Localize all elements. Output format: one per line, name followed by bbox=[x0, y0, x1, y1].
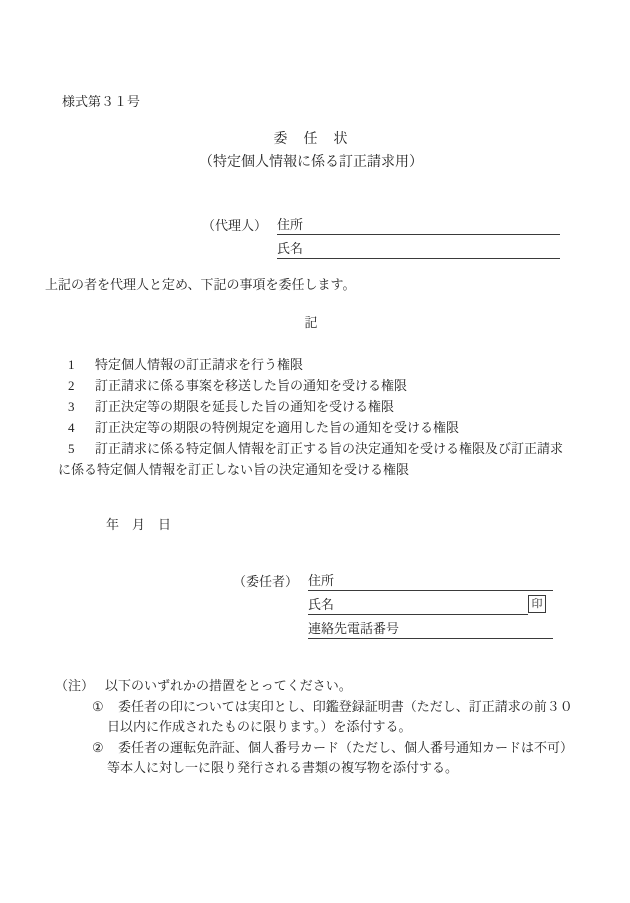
delegated-item-number: 2 bbox=[68, 378, 75, 394]
seal-label: 印 bbox=[532, 598, 543, 610]
record-heading: 記 bbox=[304, 315, 317, 330]
agent-name-field[interactable]: 氏名 bbox=[277, 241, 560, 259]
note-item-text-continued: 日以内に作成されたものに限ります。）を添付する。 bbox=[107, 719, 411, 735]
record-heading-row: 記 bbox=[0, 315, 622, 331]
delegated-item-text: 訂正請求に係る特定個人情報を訂正する旨の決定通知を受ける権限及び訂正請求 bbox=[95, 441, 563, 457]
subtitle-row: （特定個人情報に係る訂正請求用） bbox=[0, 154, 622, 172]
note-label: （注） bbox=[55, 678, 94, 694]
principal-address-label: 住所 bbox=[308, 573, 334, 589]
title-row: 委 任 状 bbox=[0, 131, 622, 149]
delegated-item-text-continued: に係る特定個人情報を訂正しない旨の決定通知を受ける権限 bbox=[58, 462, 409, 478]
delegated-item-text: 訂正決定等の期限の特例規定を適用した旨の通知を受ける権限 bbox=[95, 420, 459, 436]
principal-address-field[interactable]: 住所 bbox=[308, 573, 553, 591]
seal-box: 印 bbox=[528, 595, 546, 613]
delegated-item-text: 特定個人情報の訂正請求を行う権限 bbox=[95, 357, 303, 373]
note-item-text: 委任者の印については実印とし、印鑑登録証明書（ただし、訂正請求の前３０ bbox=[118, 699, 573, 715]
note-intro: 以下のいずれかの措置をとってください。 bbox=[105, 678, 352, 694]
document-title: 委 任 状 bbox=[274, 132, 349, 147]
principal-phone-label: 連絡先電話番号 bbox=[308, 621, 399, 637]
intro-text: 上記の者を代理人と定め、下記の事項を委任します。 bbox=[45, 277, 355, 293]
note-item-text: 委任者の運転免許証、個人番号カード（ただし、個人番号通知カードは不可） bbox=[118, 740, 573, 756]
form-number: 様式第３１号 bbox=[62, 94, 140, 110]
note-item-marker: ① bbox=[92, 699, 104, 715]
note-item-text-continued: 等本人に対し一に限り発行される書類の複写物を添付する。 bbox=[107, 760, 458, 776]
agent-address-label: 住所 bbox=[277, 217, 303, 233]
document-page: 様式第３１号 委 任 状 （特定個人情報に係る訂正請求用） （代理人） 住所 氏… bbox=[0, 0, 630, 903]
delegated-item-number: 1 bbox=[68, 357, 75, 373]
agent-label: （代理人） bbox=[202, 218, 267, 234]
note-item-marker: ② bbox=[92, 740, 104, 756]
delegated-item-number: 3 bbox=[68, 399, 75, 415]
agent-name-label: 氏名 bbox=[277, 241, 303, 257]
principal-label: （委任者） bbox=[233, 574, 298, 590]
agent-address-field[interactable]: 住所 bbox=[277, 217, 560, 235]
delegated-item-number: 4 bbox=[68, 420, 75, 436]
delegated-item-number: 5 bbox=[68, 441, 75, 457]
delegated-item-text: 訂正請求に係る事案を移送した旨の通知を受ける権限 bbox=[95, 378, 407, 394]
date-line[interactable]: 年 月 日 bbox=[106, 517, 171, 533]
principal-name-label: 氏名 bbox=[308, 597, 334, 613]
delegated-item-text: 訂正決定等の期限を延長した旨の通知を受ける権限 bbox=[95, 399, 394, 415]
principal-phone-field[interactable]: 連絡先電話番号 bbox=[308, 621, 553, 639]
document-subtitle: （特定個人情報に係る訂正請求用） bbox=[199, 155, 423, 170]
principal-name-field[interactable]: 氏名 bbox=[308, 597, 528, 615]
